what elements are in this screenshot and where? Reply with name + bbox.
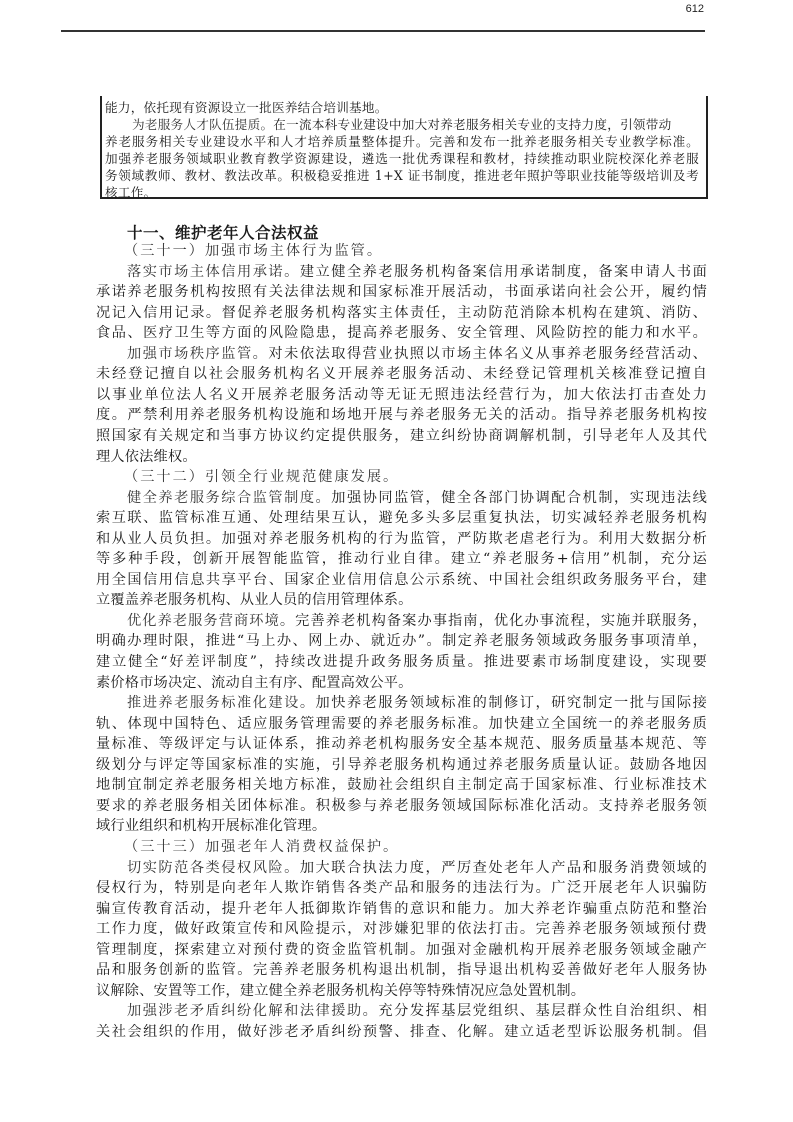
- paragraph-line: 理人依法维权。: [96, 447, 197, 467]
- paragraph-text: 域行业组织和机构开展标准化管理。: [96, 818, 326, 834]
- paragraph-text: 建立健全“好差评制度”，持续改进提升政务服务质量。推进要素市场制度建设，实现要: [96, 652, 707, 672]
- box-line: 养老服务相关专业建设水平和人才培养质量整体提升。完善和发布一批养老服务相关专业教…: [105, 133, 699, 150]
- paragraph-line: 管理制度，探索建立对预付费的资金监管机制。加强对金融机构开展养老服务领域金融产: [96, 940, 707, 960]
- paragraph-line: 工作力度，做好政策宣传和风险提示，对涉嫌犯罪的依法打击。完善养老服务领域预付费: [96, 919, 707, 939]
- paragraph-first-line: 推进养老服务标准化建设。加快养老服务领域标准的制修订，研究制定一批与国际接: [127, 693, 707, 713]
- box-text: 在一流本科专业建设中加大对养老服务相关专业的支持力度，引领带动: [273, 117, 671, 132]
- paragraph-lead: 优化养老服务营商环境。: [127, 613, 295, 629]
- header-rule: [61, 30, 705, 32]
- paragraph-text: 充分发挥基层党组织、基层群众性自治组织、相: [378, 1003, 707, 1019]
- paragraph-line: 未经登记擅自以社会服务机构名义开展养老服务活动、未经登记管理机关核准登记擅自: [96, 364, 707, 384]
- paragraph-line: 要求的养老服务相关团体标准。积极参与养老服务领域国际标准化活动。支持养老服务领: [96, 796, 707, 816]
- paragraph-text: 明确办理时限，推进“马上办、网上办、就近办”。制定养老服务领域政务服务事项清单，: [96, 631, 707, 651]
- paragraph-line: 食品、医疗卫生等方面的风险隐患，提高养老服务、安全管理、风险防控的能力和水平。: [96, 323, 707, 343]
- paragraph-text: 照国家有关规定和当事方协议约定提供服务，建立纠纷协商调解机制，引导老年人及其代: [96, 426, 707, 446]
- box-line: 为老服务人才队伍提质。在一流本科专业建设中加大对养老服务相关专业的支持力度，引领…: [132, 116, 671, 133]
- paragraph-text: 加快养老服务领域标准的制修订，研究制定一批与国际接: [316, 695, 707, 711]
- subsection-heading: （三十一）加强市场主体行为监管。: [124, 241, 383, 261]
- box-line: 能力，依托现有资源设立一批医养结合培训基地。: [105, 99, 388, 116]
- box-line: 核工作。: [105, 184, 156, 201]
- paragraph-text: 建立健全养老服务机构备案信用承诺制度，备案申请人书面: [300, 264, 707, 280]
- paragraph-text: 完善养老机构备案办事指南，优化办事流程，实施并联服务，: [295, 613, 707, 629]
- paragraph-text: 加强协同监管，健全各部门协调配合机制，实现违法线: [331, 490, 707, 506]
- paragraph-first-line: 加强市场秩序监管。对未依法取得营业执照以市场主体名义从事养老服务经营活动、: [127, 344, 707, 364]
- paragraph-text: 未经登记擅自以社会服务机构名义开展养老服务活动、未经登记管理机关核准登记擅自: [96, 364, 707, 384]
- subsection-title: （三十三）加强老年人消费权益保护。: [124, 839, 399, 855]
- paragraph-line: 侵权行为，特别是向老年人欺诈销售各类产品和服务的违法行为。广泛开展老年人识骗防: [96, 878, 707, 898]
- paragraph-line: 等多种手段，创新开展智能监管，推动行业自律。建立“养老服务+信用”机制，充分运: [96, 549, 707, 569]
- paragraph-first-line: 落实市场主体信用承诺。建立健全养老服务机构备案信用承诺制度，备案申请人书面: [127, 262, 707, 282]
- paragraph-lead: 加强市场秩序监管。: [127, 346, 268, 362]
- paragraph-line: 品和服务创新的监管。完善养老服务机构退出机制，指导退出机构妥善做好老年人服务协: [96, 960, 707, 980]
- paragraph-line: 照国家有关规定和当事方协议约定提供服务，建立纠纷协商调解机制，引导老年人及其代: [96, 426, 707, 446]
- paragraph-line: 级划分与评定等国家标准的实施，引导养老服务机构通过养老服务质量认证。鼓励各地因: [96, 755, 707, 775]
- paragraph-text: 级划分与评定等国家标准的实施，引导养老服务机构通过养老服务质量认证。鼓励各地因: [96, 755, 707, 775]
- paragraph-line: 承诺养老服务机构按照有关法律法规和国家标准开展活动，书面承诺向社会公开，履约情: [96, 282, 707, 302]
- paragraph-text: 用全国信用信息共享平台、国家企业信用信息公示系统、中国社会组织政务服务平台，建: [96, 570, 707, 590]
- paragraph-text: 度。严禁利用养老服务机构设施和场地开展与养老服务无关的活动。指导养老服务机构按: [96, 405, 707, 425]
- paragraph-text: 轨、体现中国特色、适应服务管理需要的养老服务标准。加快建立全国统一的养老服务质: [96, 714, 707, 734]
- paragraph-text: 要求的养老服务相关团体标准。积极参与养老服务领域国际标准化活动。支持养老服务领: [96, 796, 707, 816]
- paragraph-text: 工作力度，做好政策宣传和风险提示，对涉嫌犯罪的依法打击。完善养老服务领域预付费: [96, 919, 707, 939]
- paragraph-first-line: 加强涉老矛盾纠纷化解和法律援助。充分发挥基层党组织、基层群众性自治组织、相: [127, 1001, 707, 1021]
- paragraph-line: 素价格市场决定、流动自主有序、配置高效公平。: [96, 673, 413, 693]
- paragraph-text: 等多种手段，创新开展智能监管，推动行业自律。建立“养老服务+信用”机制，充分运: [96, 549, 707, 569]
- paragraph-line: 量标准、等级评定与认证体系，推动养老机构服务安全基本规范、服务质量基本规范、等: [96, 734, 707, 754]
- paragraph-text: 承诺养老服务机构按照有关法律法规和国家标准开展活动，书面承诺向社会公开，履约情: [96, 282, 707, 302]
- subsection-heading: （三十二）引领全行业规范健康发展。: [124, 467, 399, 487]
- paragraph-lead: 落实市场主体信用承诺。: [127, 264, 300, 280]
- subsection-heading: （三十三）加强老年人消费权益保护。: [124, 837, 399, 857]
- paragraph-line: 度。严禁利用养老服务机构设施和场地开展与养老服务无关的活动。指导养老服务机构按: [96, 405, 707, 425]
- paragraph-line: 索互联、监管标准互通、处理结果互认，避免多头多层重复执法，切实减轻养老服务机构: [96, 508, 707, 528]
- paragraph-text: 素价格市场决定、流动自主有序、配置高效公平。: [96, 675, 413, 691]
- paragraph-text: 地制宜制定养老服务相关地方标准，鼓励社会组织自主制定高于国家标准、行业标准技术: [96, 775, 707, 795]
- box-lead: 为老服务人才队伍提质。: [132, 117, 273, 132]
- paragraph-line: 地制宜制定养老服务相关地方标准，鼓励社会组织自主制定高于国家标准、行业标准技术: [96, 775, 707, 795]
- paragraph-lead: 切实防范各类侵权风险。: [127, 860, 300, 876]
- paragraph-text: 立覆盖养老服务机构、从业人员的信用管理体系。: [96, 592, 413, 608]
- subsection-title: （三十二）引领全行业规范健康发展。: [124, 469, 399, 485]
- paragraph-text: 关社会组织的作用，做好涉老矛盾纠纷预警、排查、化解。建立适老型诉讼服务机制。倡: [96, 1022, 707, 1042]
- paragraph-text: 管理制度，探索建立对预付费的资金监管机制。加强对金融机构开展养老服务领域金融产: [96, 940, 707, 960]
- paragraph-first-line: 切实防范各类侵权风险。加大联合执法力度，严厉查处老年人产品和服务消费领域的: [127, 858, 707, 878]
- box-line: 加强养老服务领域职业教育教学资源建设，遴选一批优秀课程和教材，持续推动职业院校深…: [105, 150, 699, 167]
- paragraph-text: 食品、医疗卫生等方面的风险隐患，提高养老服务、安全管理、风险防控的能力和水平。: [96, 323, 707, 343]
- paragraph-text: 议解除、安置等工作，建立健全养老服务机构关停等特殊情况应急处置机制。: [96, 983, 585, 999]
- page-number: 612: [656, 3, 704, 15]
- paragraph-line: 骗宣传教育活动，提升老年人抵御欺诈销售的意识和能力。加大养老诈骗重点防范和整治: [96, 899, 707, 919]
- paragraph-lead: 健全养老服务综合监管制度。: [127, 490, 331, 506]
- paragraph-text: 和从业人员负担。加强对养老服务机构的行为监管，严防欺老虐老行为。利用大数据分析: [96, 529, 707, 549]
- paragraph-line: 关社会组织的作用，做好涉老矛盾纠纷预警、排查、化解。建立适老型诉讼服务机制。倡: [96, 1022, 707, 1042]
- paragraph-line: 议解除、安置等工作，建立健全养老服务机构关停等特殊情况应急处置机制。: [96, 981, 585, 1001]
- paragraph-text: 加大联合执法力度，严厉查处老年人产品和服务消费领域的: [300, 860, 707, 876]
- paragraph-line: 用全国信用信息共享平台、国家企业信用信息公示系统、中国社会组织政务服务平台，建: [96, 570, 707, 590]
- paragraph-text: 以事业单位法人名义开展养老服务活动等无证无照违法经营行为，加大依法打击查处力: [96, 385, 707, 405]
- paragraph-line: 和从业人员负担。加强对养老服务机构的行为监管，严防欺老虐老行为。利用大数据分析: [96, 529, 707, 549]
- paragraph-line: 域行业组织和机构开展标准化管理。: [96, 816, 326, 836]
- paragraph-lead: 加强涉老矛盾纠纷化解和法律援助。: [127, 1003, 378, 1019]
- paragraph-text: 侵权行为，特别是向老年人欺诈销售各类产品和服务的违法行为。广泛开展老年人识骗防: [96, 878, 707, 898]
- paragraph-text: 对未依法取得营业执照以市场主体名义从事养老服务经营活动、: [268, 346, 707, 362]
- paragraph-text: 理人依法维权。: [96, 449, 197, 465]
- paragraph-line: 况记入信用记录。督促养老服务机构落实主体责任，主动防范消除本机构在建筑、消防、: [96, 303, 707, 323]
- paragraph-line: 立覆盖养老服务机构、从业人员的信用管理体系。: [96, 590, 413, 610]
- paragraph-first-line: 健全养老服务综合监管制度。加强协同监管，健全各部门协调配合机制，实现违法线: [127, 488, 707, 508]
- paragraph-line: 明确办理时限，推进“马上办、网上办、就近办”。制定养老服务领域政务服务事项清单，: [96, 631, 707, 651]
- paragraph-line: 轨、体现中国特色、适应服务管理需要的养老服务标准。加快建立全国统一的养老服务质: [96, 714, 707, 734]
- paragraph-text: 况记入信用记录。督促养老服务机构落实主体责任，主动防范消除本机构在建筑、消防、: [96, 303, 707, 323]
- paragraph-lead: 推进养老服务标准化建设。: [127, 695, 316, 711]
- paragraph-text: 品和服务创新的监管。完善养老服务机构退出机制，指导退出机构妥善做好老年人服务协: [96, 960, 707, 980]
- paragraph-text: 骗宣传教育活动，提升老年人抵御欺诈销售的意识和能力。加大养老诈骗重点防范和整治: [96, 899, 707, 919]
- paragraph-line: 建立健全“好差评制度”，持续改进提升政务服务质量。推进要素市场制度建设，实现要: [96, 652, 707, 672]
- box-line: 务领域教师、教材、教法改革。积极稳妥推进 1+X 证书制度，推进老年照护等职业技…: [105, 167, 699, 184]
- paragraph-text: 量标准、等级评定与认证体系，推动养老机构服务安全基本规范、服务质量基本规范、等: [96, 734, 707, 754]
- paragraph-line: 以事业单位法人名义开展养老服务活动等无证无照违法经营行为，加大依法打击查处力: [96, 385, 707, 405]
- paragraph-first-line: 优化养老服务营商环境。完善养老机构备案办事指南，优化办事流程，实施并联服务，: [127, 611, 707, 631]
- section-heading: 十一、维护老年人合法权益: [127, 221, 319, 243]
- subsection-title: （三十一）加强市场主体行为监管。: [124, 243, 383, 259]
- paragraph-text: 索互联、监管标准互通、处理结果互认，避免多头多层重复执法，切实减轻养老服务机构: [96, 508, 707, 528]
